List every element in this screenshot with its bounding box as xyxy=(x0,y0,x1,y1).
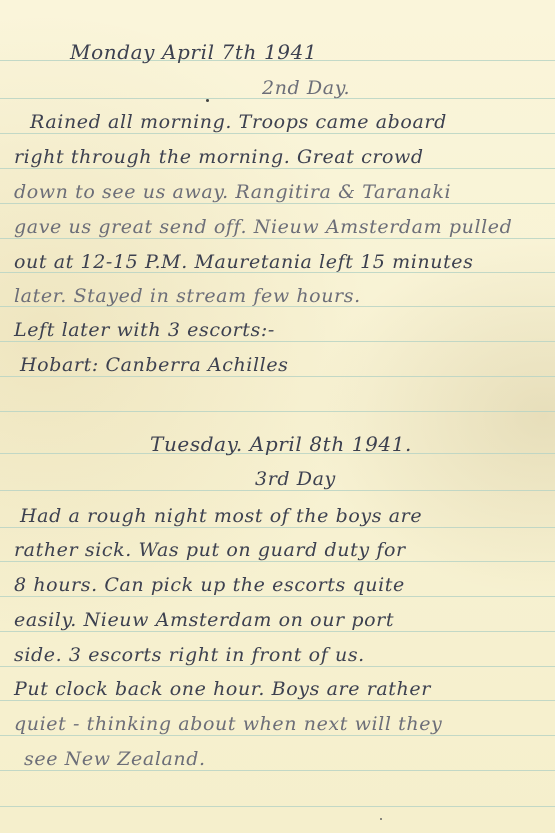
entry-line: easily. Nieuw Amsterdam on our port xyxy=(14,609,394,631)
ruled-line xyxy=(0,490,555,491)
entry-line: see New Zealand. xyxy=(24,748,206,770)
ruled-line xyxy=(0,770,555,771)
ruled-line xyxy=(0,411,555,412)
entry-date: Tuesday. April 8th 1941. xyxy=(150,432,412,456)
diary-page: Monday April 7th 1941 2nd Day. Rained al… xyxy=(0,0,555,833)
entry-line: down to see us away. Rangitira & Taranak… xyxy=(14,181,451,203)
entry-line: Hobart: Canberra Achilles xyxy=(20,354,289,376)
ink-dot xyxy=(380,818,382,820)
entry-line: Left later with 3 escorts:- xyxy=(14,319,275,341)
entry-line: Had a rough night most of the boys are xyxy=(20,505,422,527)
entry-line: out at 12-15 P.M. Mauretania left 15 min… xyxy=(14,251,474,273)
ruled-line xyxy=(0,133,555,134)
entry-line: side. 3 escorts right in front of us. xyxy=(14,644,365,666)
ink-dot xyxy=(206,99,209,102)
entry-line: later. Stayed in stream few hours. xyxy=(14,285,361,307)
entry-line: gave us great send off. Nieuw Amsterdam … xyxy=(14,216,512,238)
entry-day-label: 3rd Day xyxy=(255,468,336,490)
entry-line: Rained all morning. Troops came aboard xyxy=(30,111,447,133)
entry-line: right through the morning. Great crowd xyxy=(14,146,424,168)
entry-line: rather sick. Was put on guard duty for xyxy=(14,539,406,561)
ruled-line xyxy=(0,203,555,204)
entry-day-label: 2nd Day. xyxy=(262,77,350,99)
ruled-line xyxy=(0,806,555,807)
ruled-line xyxy=(0,168,555,169)
ruled-line xyxy=(0,700,555,701)
entry-line: Put clock back one hour. Boys are rather xyxy=(14,678,431,700)
ruled-line xyxy=(0,561,555,562)
ruled-line xyxy=(0,666,555,667)
ruled-line xyxy=(0,596,555,597)
entry-line: 8 hours. Can pick up the escorts quite xyxy=(14,574,405,596)
ruled-line xyxy=(0,527,555,528)
ruled-line xyxy=(0,238,555,239)
ruled-line xyxy=(0,341,555,342)
entry-date: Monday April 7th 1941 xyxy=(70,40,317,64)
ruled-line xyxy=(0,376,555,377)
ruled-line xyxy=(0,735,555,736)
entry-line: quiet - thinking about when next will th… xyxy=(14,713,442,735)
ruled-line xyxy=(0,631,555,632)
